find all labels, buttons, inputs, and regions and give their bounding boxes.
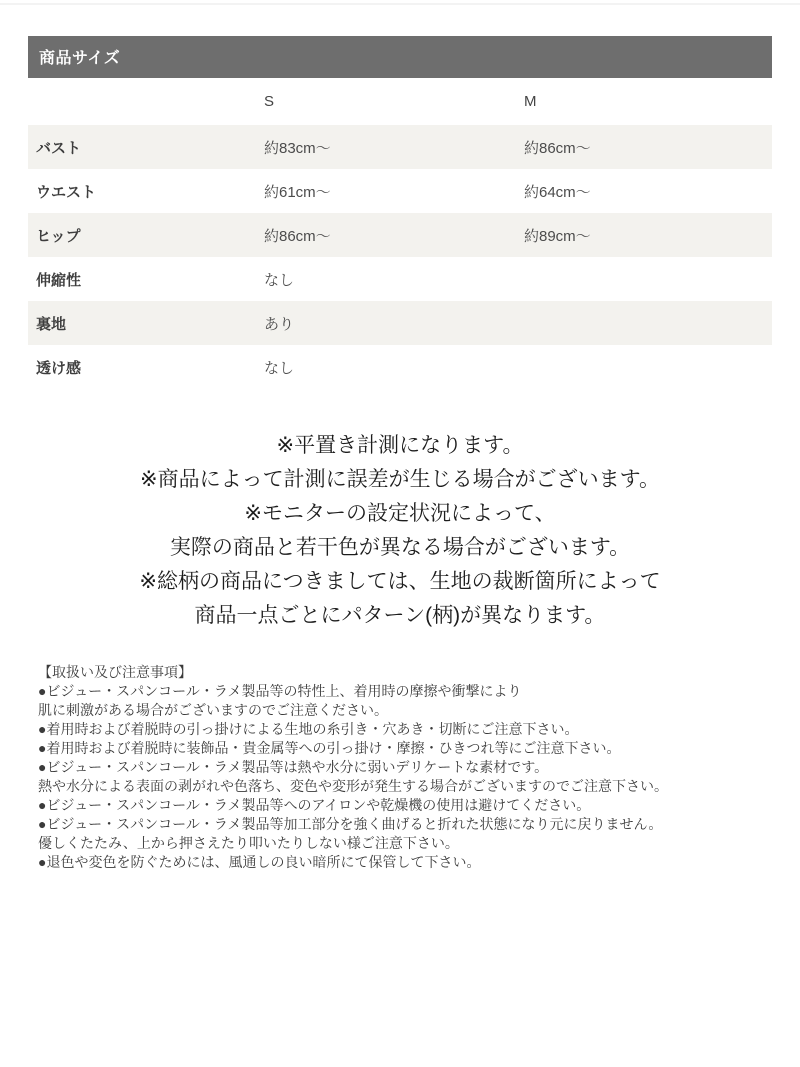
measurement-note-line: 実際の商品と若干色が異なる場合がございます。: [28, 531, 772, 565]
column-header-m: M: [524, 93, 772, 110]
measurement-notes: ※平置き計測になります。 ※商品によって計測に誤差が生じる場合がございます。 ※…: [28, 429, 772, 633]
care-note-line: 優しくたたみ、上から押さえたり叩いたりしない様ご注意下さい。: [38, 834, 772, 853]
size-section-title: 商品サイズ: [39, 50, 120, 67]
care-note-line: ●着用時および着脱時に装飾品・貴金属等への引っ掛け・摩擦・ひきつれ等にご注意下さ…: [38, 739, 772, 758]
product-size-section: 商品サイズ S M バスト 約83cm〜 約86cm〜 ウエスト 約61cm〜 …: [0, 0, 800, 633]
care-note-line: ●着用時および着脱時の引っ掛けによる生地の糸引き・穴あき・切断にご注意下さい。: [38, 720, 772, 739]
row-value-m: 約64cm〜: [524, 181, 772, 202]
table-row-lining: 裏地 あり: [28, 301, 772, 345]
row-value-s: あり: [264, 313, 524, 334]
row-value-m: 約89cm〜: [524, 225, 772, 246]
table-row-waist: ウエスト 約61cm〜 約64cm〜: [28, 169, 772, 213]
measurement-note-line: ※モニターの設定状況によって、: [28, 497, 772, 531]
column-header-s: S: [264, 93, 524, 110]
size-table-header-row: S M: [28, 78, 772, 125]
care-notes: 【取扱い及び注意事項】 ●ビジュー・スパンコール・ラメ製品等の特性上、着用時の摩…: [38, 663, 772, 872]
size-section-title-bar: 商品サイズ: [28, 36, 772, 78]
care-note-line: ●ビジュー・スパンコール・ラメ製品等加工部分を強く曲げると折れた状態になり元に戻…: [38, 815, 772, 834]
care-note-line: 熱や水分による表面の剥がれや色落ち、変色や変形が発生する場合がございますのでご注…: [38, 777, 772, 796]
care-note-line: ●ビジュー・スパンコール・ラメ製品等の特性上、着用時の摩擦や衝撃により: [38, 682, 772, 701]
top-divider: [0, 3, 800, 5]
care-note-line: ●ビジュー・スパンコール・ラメ製品等は熱や水分に弱いデリケートな素材です。: [38, 758, 772, 777]
row-value-s: 約86cm〜: [264, 225, 524, 246]
table-row-hip: ヒップ 約86cm〜 約89cm〜: [28, 213, 772, 257]
row-label: ウエスト: [36, 181, 264, 202]
care-note-line: ●ビジュー・スパンコール・ラメ製品等へのアイロンや乾燥機の使用は避けてください。: [38, 796, 772, 815]
row-value-m: 約86cm〜: [524, 137, 772, 158]
row-value-s: 約61cm〜: [264, 181, 524, 202]
measurement-note-line: ※平置き計測になります。: [28, 429, 772, 463]
measurement-note-line: ※商品によって計測に誤差が生じる場合がございます。: [28, 463, 772, 497]
table-row-stretch: 伸縮性 なし: [28, 257, 772, 301]
row-label: 裏地: [36, 313, 264, 334]
measurement-note-line: 商品一点ごとにパターン(柄)が異なります。: [28, 599, 772, 633]
row-value-s: 約83cm〜: [264, 137, 524, 158]
table-row-sheerness: 透け感 なし: [28, 345, 772, 389]
care-note-line: ●退色や変色を防ぐためには、風通しの良い暗所にて保管して下さい。: [38, 853, 772, 872]
care-notes-heading: 【取扱い及び注意事項】: [38, 663, 772, 682]
table-row-bust: バスト 約83cm〜 約86cm〜: [28, 125, 772, 169]
row-value-s: なし: [264, 357, 524, 378]
row-label: 伸縮性: [36, 269, 264, 290]
size-table: S M バスト 約83cm〜 約86cm〜 ウエスト 約61cm〜 約64cm〜…: [28, 78, 772, 389]
row-label: バスト: [36, 137, 264, 158]
care-note-line: 肌に刺激がある場合がございますのでご注意ください。: [38, 701, 772, 720]
row-label: ヒップ: [36, 225, 264, 246]
measurement-note-line: ※総柄の商品につきましては、生地の裁断箇所によって: [28, 565, 772, 599]
row-value-s: なし: [264, 269, 524, 290]
row-label: 透け感: [36, 357, 264, 378]
